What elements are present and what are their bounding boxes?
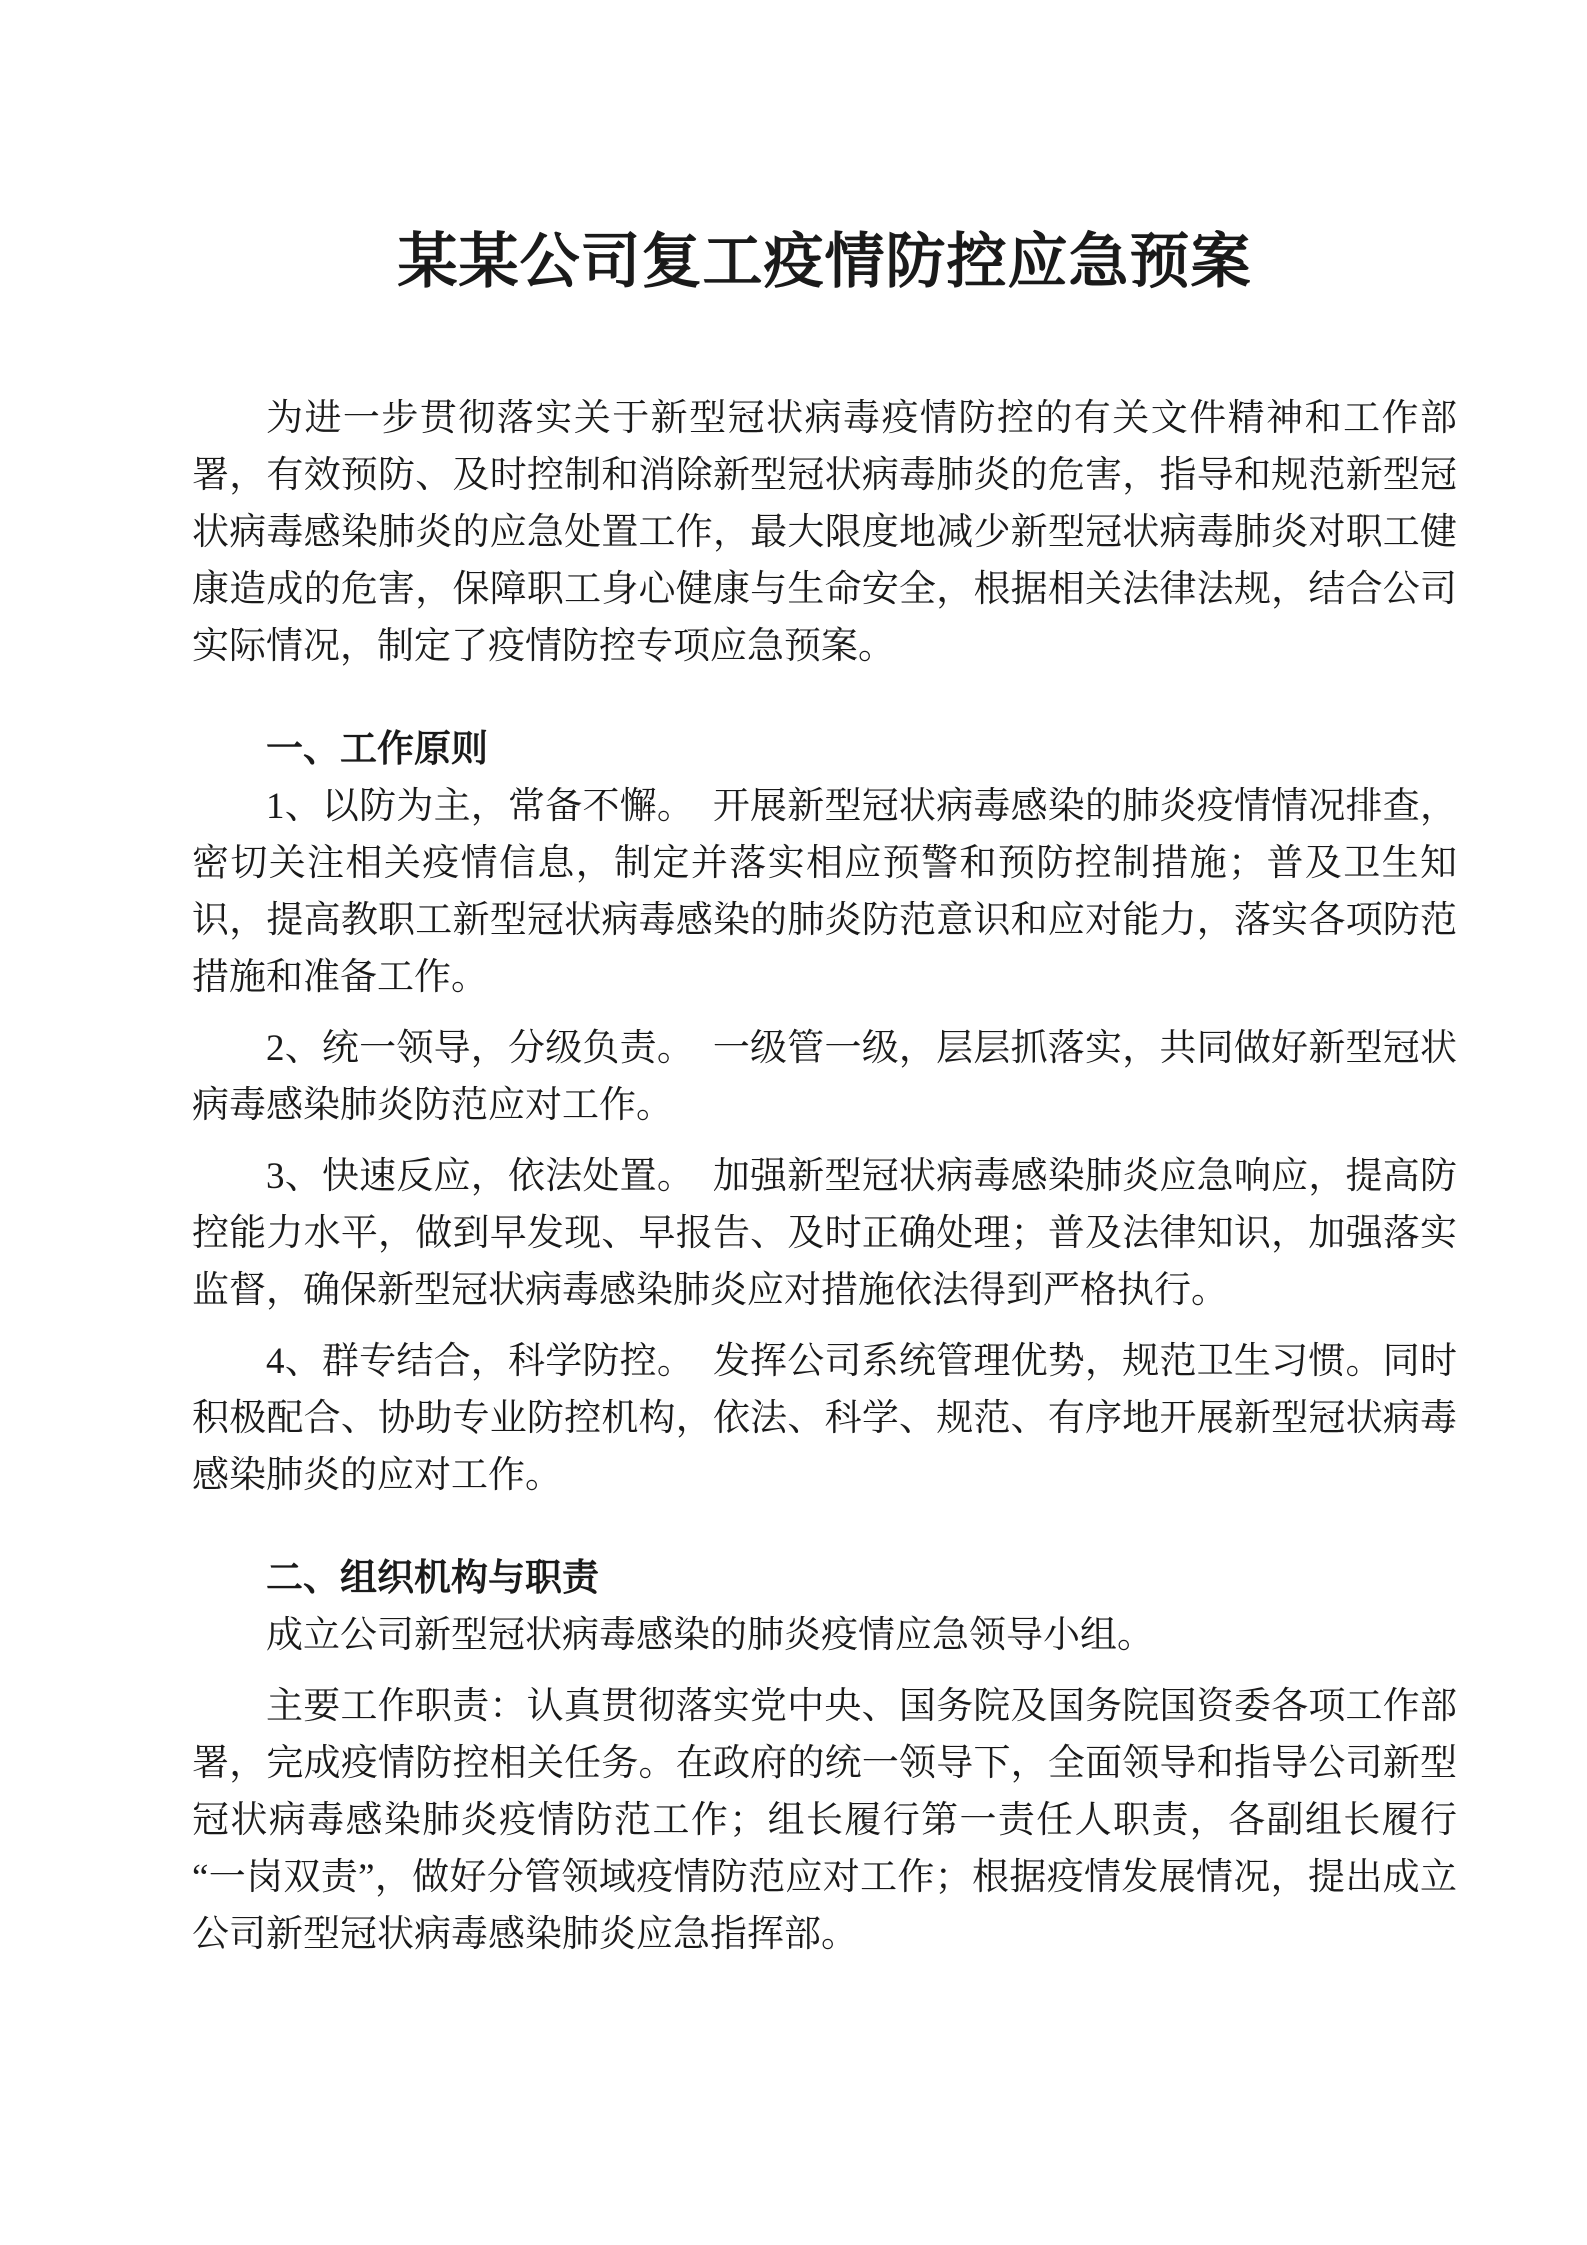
work-principles-item-3: 3、快速反应，依法处置。 加强新型冠状病毒感染肺炎应急响应，提高防控能力水平，做… [192, 1148, 1457, 1319]
work-principles-item-2: 2、统一领导，分级负责。 一级管一级，层层抓落实，共同做好新型冠状病毒感染肺炎防… [192, 1020, 1457, 1134]
intro-paragraph: 为进一步贯彻落实关于新型冠状病毒疫情防控的有关文件精神和工作部署，有效预防、及时… [192, 390, 1457, 675]
document-page: 某某公司复工疫情防控应急预案 为进一步贯彻落实关于新型冠状病毒疫情防控的有关文件… [0, 0, 1587, 2245]
section-heading-organization-duties: 二、组织机构与职责 [192, 1550, 1457, 1607]
organization-paragraph-establish-group: 成立公司新型冠状病毒感染的肺炎疫情应急领导小组。 [192, 1607, 1457, 1664]
organization-paragraph-main-duties: 主要工作职责：认真贯彻落实党中央、国务院及国务院国资委各项工作部署，完成疫情防控… [192, 1678, 1457, 1963]
section-heading-work-principles: 一、工作原则 [192, 721, 1457, 778]
work-principles-item-1: 1、以防为主，常备不懈。 开展新型冠状病毒感染的肺炎疫情情况排查，密切关注相关疫… [192, 778, 1457, 1006]
document-title: 某某公司复工疫情防控应急预案 [192, 225, 1457, 300]
work-principles-item-4: 4、群专结合，科学防控。 发挥公司系统管理优势，规范卫生习惯。同时积极配合、协助… [192, 1333, 1457, 1504]
